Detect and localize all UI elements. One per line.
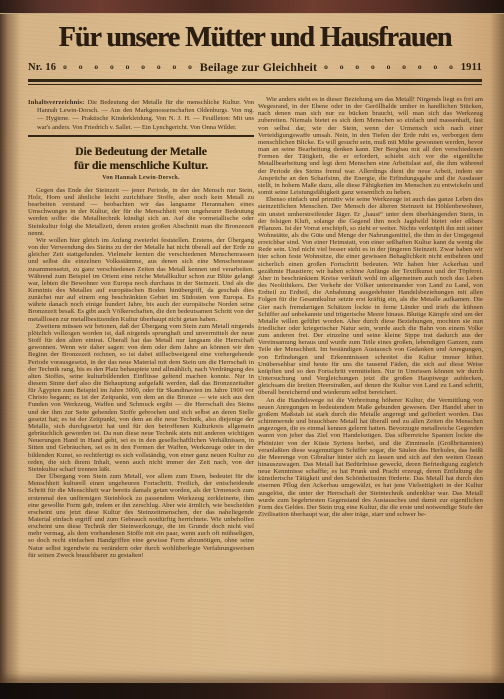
article-title: Die Bedeutung der Metallefür die menschl… <box>28 145 254 173</box>
article-byline: Von Hannah Lewin-Dorsch. <box>28 175 254 181</box>
toc-label: Inhaltsverzeichnis: <box>28 99 85 106</box>
article-paragraph: Ebenso einfach und primitiv wie seine We… <box>258 196 483 396</box>
masthead-rule <box>28 79 482 85</box>
toc-rule <box>28 135 254 137</box>
article-paragraph: Wir wollen hier gleich im Anfang zweierl… <box>28 237 254 323</box>
masthead: Für unsere Mütter und Hausfrauen Nr. 16 … <box>28 22 482 85</box>
ornament-dots-left: o o o o o o o o o <box>57 62 199 73</box>
article-paragraph: Wie anders steht es in dieser Beziehung … <box>258 96 483 196</box>
article-paragraph: Gegen das Ende der Steinzeit — jener Per… <box>28 187 254 237</box>
column-right: Wie anders steht es in dieser Beziehung … <box>258 96 483 656</box>
article-title-line2: für die menschliche Kultur. <box>74 160 208 172</box>
page-title: Für unsere Mütter und Hausfrauen <box>28 22 482 54</box>
masthead-subtitle: Beilage zur Gleichheit <box>200 60 318 75</box>
article-title-line1: Die Bedeutung der Metalle <box>75 146 207 158</box>
article-paragraph: Der Übergang vom Stein zum Metall, vor a… <box>28 473 254 559</box>
masthead-year: 1911 <box>461 62 482 73</box>
column-left: Inhaltsverzeichnis: Die Bedeutung der Me… <box>28 96 254 654</box>
article-text-left: Gegen das Ende der Steinzeit — jener Per… <box>28 187 254 559</box>
table-of-contents: Inhaltsverzeichnis: Die Bedeutung der Me… <box>28 99 254 132</box>
article-paragraph: An die Handelswege ist die Verbreitung h… <box>258 397 483 519</box>
scan-edge-top <box>0 0 504 14</box>
article-paragraph: Zweitens müssen wir betonen, daß der Übe… <box>28 323 254 473</box>
article-text-right: Wie anders steht es in dieser Beziehung … <box>258 96 483 518</box>
issue-number: Nr. 16 <box>28 62 56 73</box>
masthead-subtitle-row: Nr. 16 o o o o o o o o o Beilage zur Gle… <box>28 60 482 75</box>
ornament-dots-right: o o o o o o o o o <box>318 62 460 73</box>
scan-edge-bottom <box>0 683 504 699</box>
